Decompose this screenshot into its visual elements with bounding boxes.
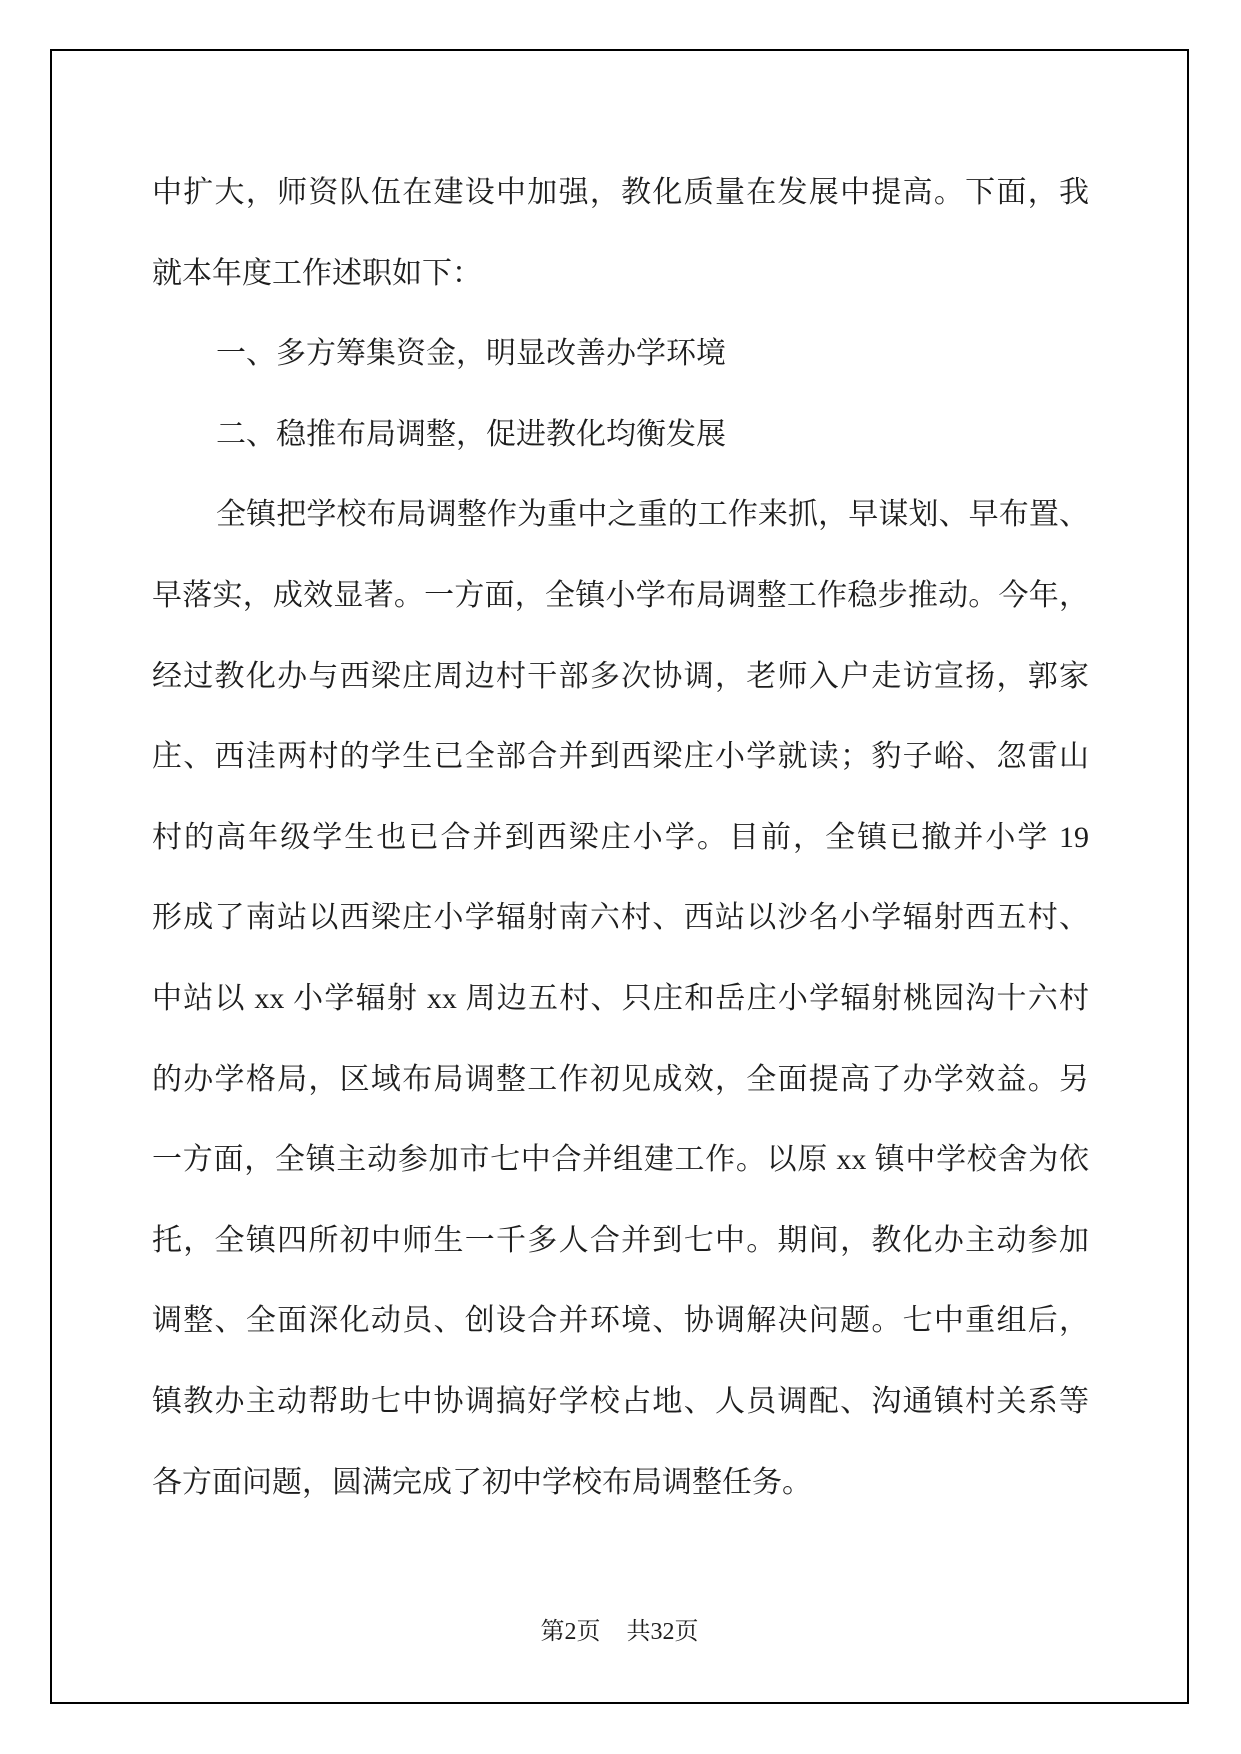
text-line: 一方面，全镇主动参加市七中合并组建工作。以原 xx 镇中学校舍为依 [152, 1120, 1089, 1201]
text-line: 调整、全面深化动员、创设合并环境、协调解决问题。七中重组后， [152, 1281, 1089, 1362]
text-line: 一、多方筹集资金，明显改善办学环境 [152, 314, 1089, 395]
text-line: 的办学格局，区域布局调整工作初见成效，全面提高了办学效益。另 [152, 1040, 1089, 1121]
text-line: 二、稳推布局调整，促进教化均衡发展 [152, 395, 1089, 476]
document-page: 中扩大，师资队伍在建设中加强，教化质量在发展中提高。下面，我 就本年度工作述职如… [0, 0, 1241, 1754]
page-footer: 第2页共32页 [50, 1612, 1189, 1652]
text-line: 早落实，成效显著。一方面，全镇小学布局调整工作稳步推动。今年， [152, 556, 1089, 637]
text-line: 各方面问题，圆满完成了初中学校布局调整任务。 [152, 1443, 1089, 1524]
text-line: 庄、西洼两村的学生已全部合并到西梁庄小学就读；豹子峪、忽雷山 [152, 717, 1089, 798]
text-line: 形成了南站以西梁庄小学辐射南六村、西站以沙名小学辐射西五村、 [152, 878, 1089, 959]
text-line: 中扩大，师资队伍在建设中加强，教化质量在发展中提高。下面，我 [152, 153, 1089, 234]
text-line: 全镇把学校布局调整作为重中之重的工作来抓，早谋划、早布置、 [152, 475, 1089, 556]
footer-page-label: 第2页 [541, 1619, 601, 1645]
text-line: 就本年度工作述职如下： [152, 234, 1089, 315]
text-line: 镇教办主动帮助七中协调搞好学校占地、人员调配、沟通镇村关系等 [152, 1362, 1089, 1443]
footer-total-label: 共32页 [627, 1619, 699, 1645]
document-body: 中扩大，师资队伍在建设中加强，教化质量在发展中提高。下面，我 就本年度工作述职如… [152, 153, 1089, 1523]
text-line: 托，全镇四所初中师生一千多人合并到七中。期间，教化办主动参加 [152, 1201, 1089, 1282]
text-line: 中站以 xx 小学辐射 xx 周边五村、只庄和岳庄小学辐射桃园沟十六村 [152, 959, 1089, 1040]
text-line: 经过教化办与西梁庄周边村干部多次协调，老师入户走访宣扬，郭家 [152, 637, 1089, 718]
text-line: 村的高年级学生也已合并到西梁庄小学。目前，全镇已撤并小学 19 所， [152, 798, 1089, 879]
